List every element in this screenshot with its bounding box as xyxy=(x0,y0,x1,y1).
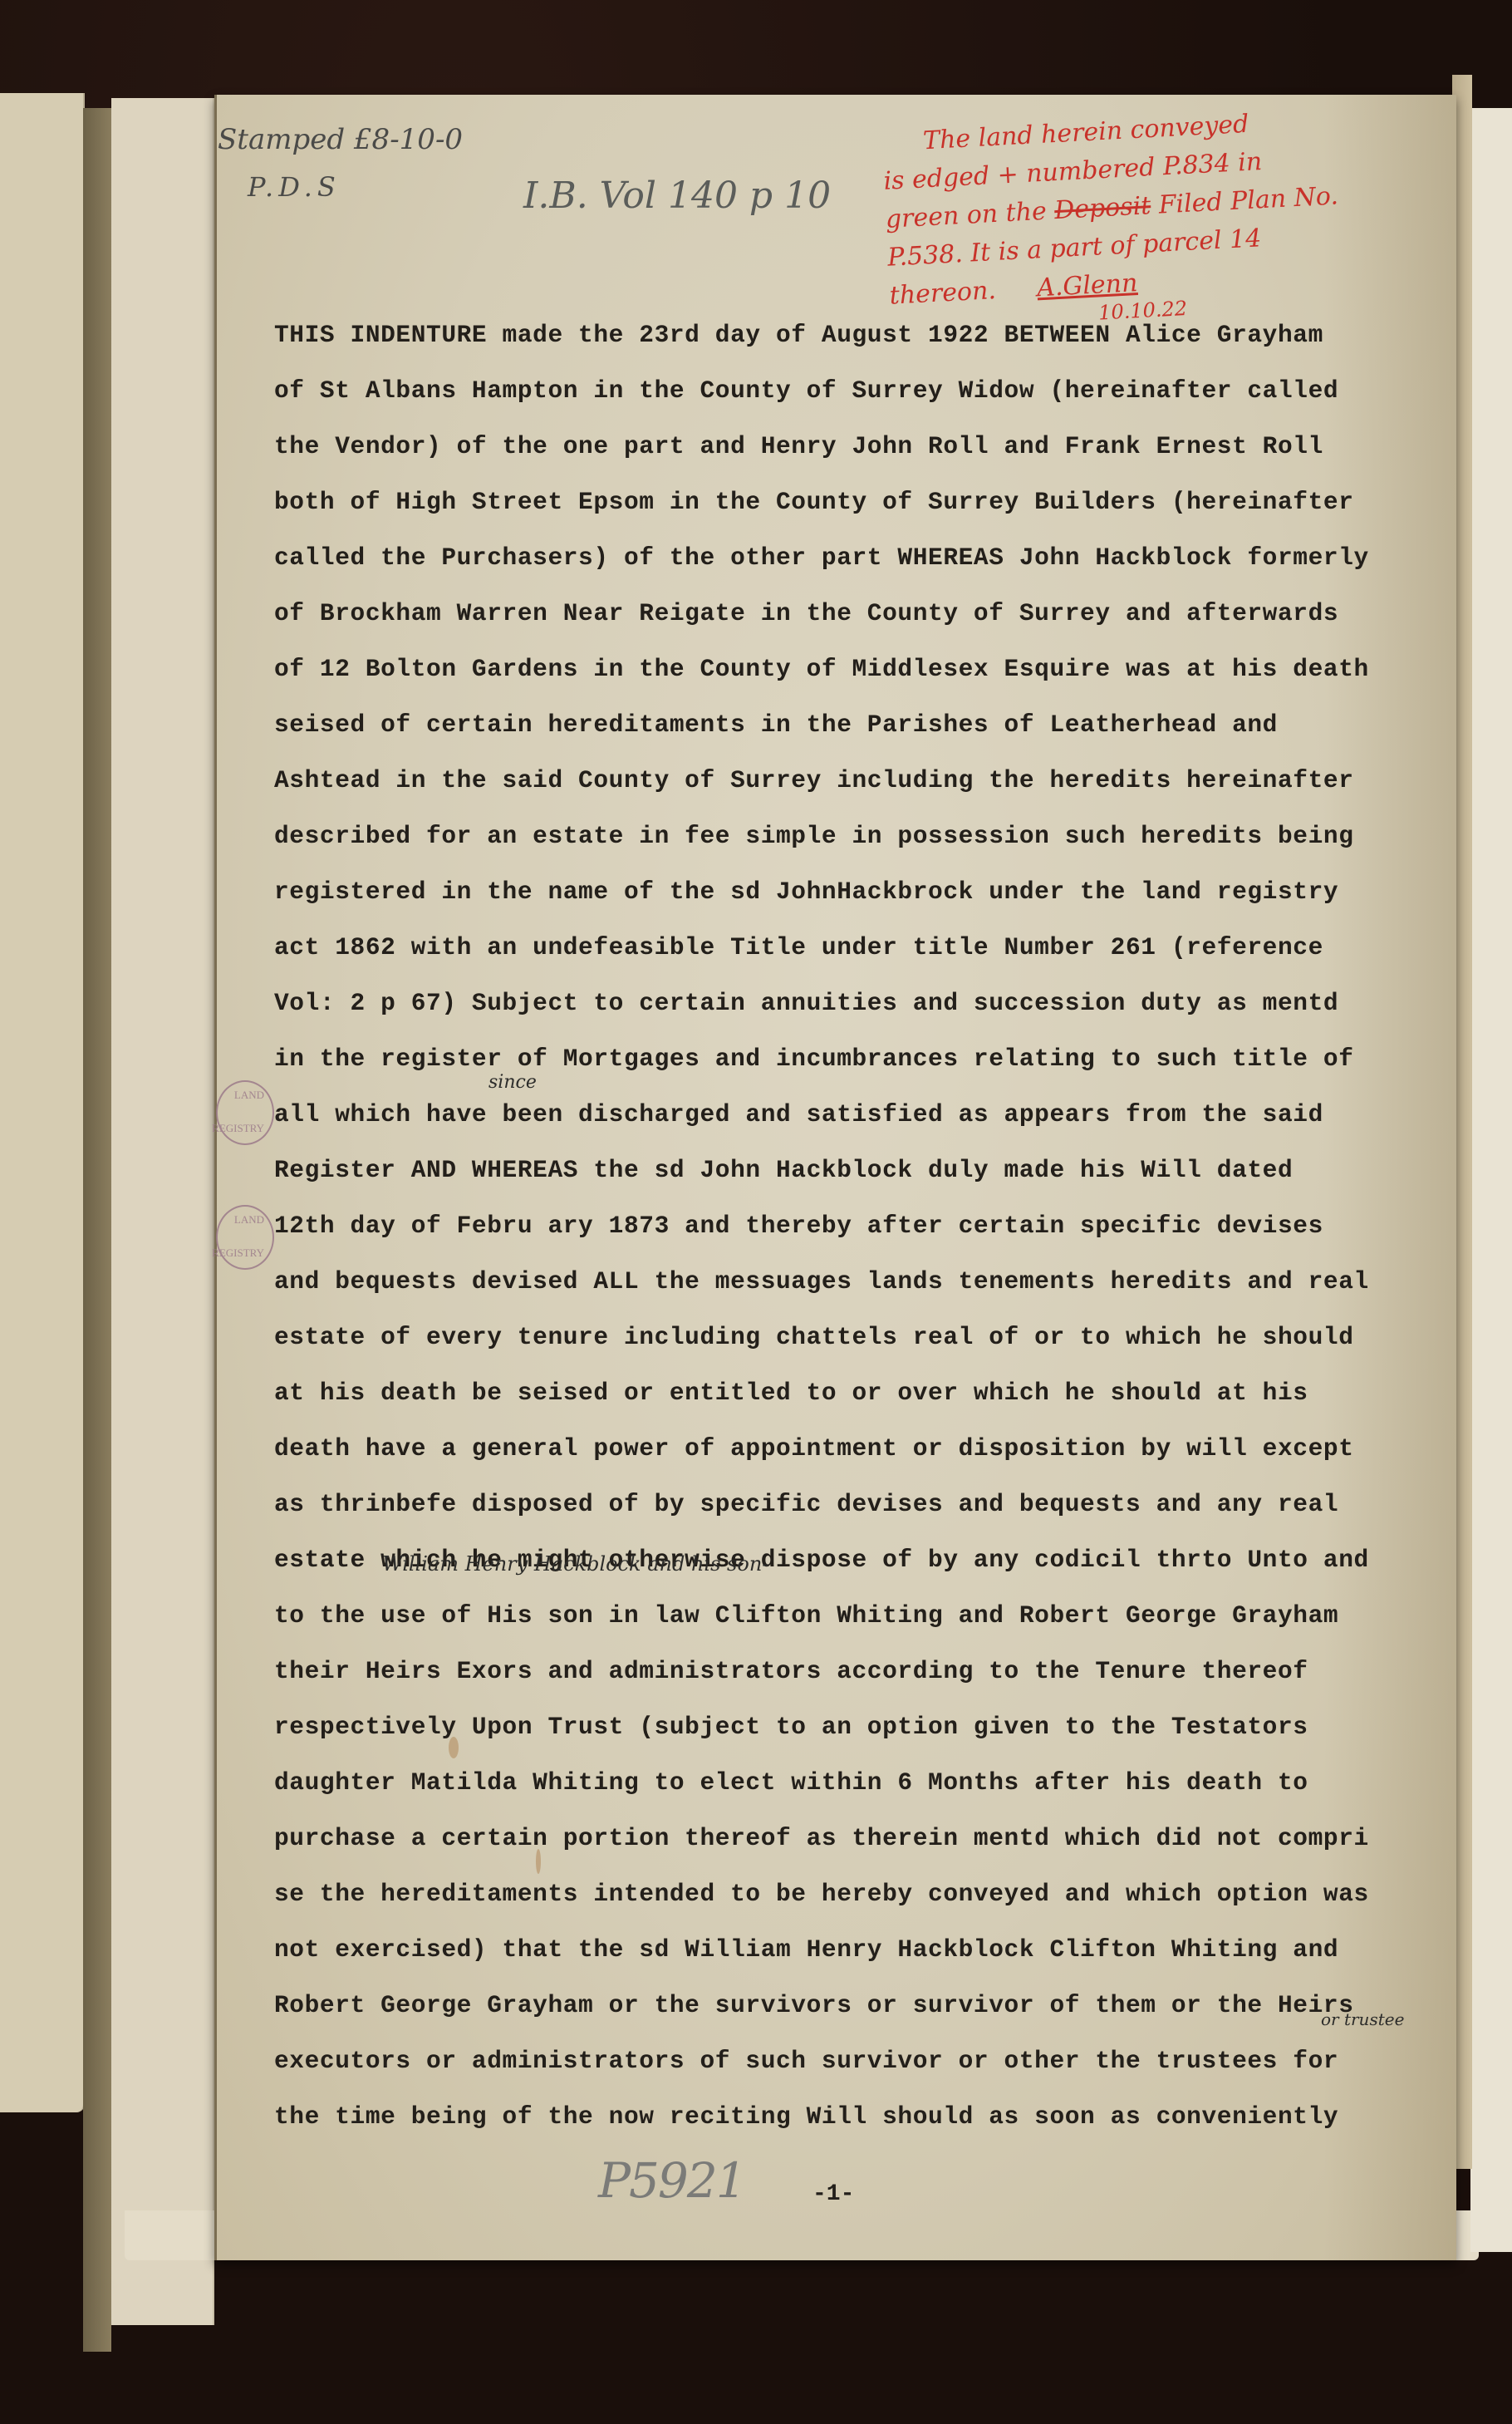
text-line: estate of every tenure including chattel… xyxy=(274,1310,1462,1365)
text-line: purchase a certain portion thereof as th… xyxy=(274,1811,1462,1866)
register-reference: I.B. Vol 140 p 10 xyxy=(523,175,831,217)
insertion-william-henry: William Henry Hackblock and his son- xyxy=(382,1552,768,1576)
paper-stain xyxy=(536,1849,541,1874)
previous-leaf xyxy=(0,93,85,2112)
insertion-since: since xyxy=(488,1072,537,1093)
pencil-reference-number: P5921 xyxy=(598,2152,745,2209)
paper-stain xyxy=(449,1737,459,1758)
text-line: and bequests devised ALL the messuages l… xyxy=(274,1254,1462,1310)
land-registry-stamp: LAND REGISTRY xyxy=(216,1205,274,1270)
struck-word: Deposit xyxy=(1053,191,1151,225)
binding-stub xyxy=(111,98,214,2325)
text-line: at his death be seised or entitled to or… xyxy=(274,1365,1462,1421)
text-line: seised of certain hereditaments in the P… xyxy=(274,697,1462,753)
text-line: act 1862 with an undefeasible Title unde… xyxy=(274,920,1462,976)
text-line: Vol: 2 p 67) Subject to certain annuitie… xyxy=(274,976,1462,1031)
text-line: THIS INDENTURE made the 23rd day of Augu… xyxy=(274,307,1462,363)
text-line: all which have been discharged and satis… xyxy=(274,1087,1462,1143)
text-line: Ashtead in the said County of Surrey inc… xyxy=(274,753,1462,809)
text-line: of 12 Bolton Gardens in the County of Mi… xyxy=(274,642,1462,697)
text-line: to the use of His son in law Clifton Whi… xyxy=(274,1588,1462,1644)
insertion-or-trustee: or trustee xyxy=(1321,2009,1404,2029)
registry-note: The land herein conveyed is edged + numb… xyxy=(881,101,1344,332)
text-line: of St Albans Hampton in the County of Su… xyxy=(274,363,1462,419)
text-line: called the Purchasers) of the other part… xyxy=(274,530,1462,586)
stamp-duty-note: Stamped £8-10-0 xyxy=(218,123,463,156)
text-line: their Heirs Exors and administrators acc… xyxy=(274,1644,1462,1699)
registrar-signature: A.Glenn xyxy=(1036,268,1138,302)
text-line: daughter Matilda Whiting to elect within… xyxy=(274,1755,1462,1811)
page-number: -1- xyxy=(812,2181,854,2207)
land-registry-stamp: LAND REGISTRY xyxy=(216,1080,274,1145)
text-line: se the hereditaments intended to be here… xyxy=(274,1866,1462,1922)
text-line: death have a general power of appointmen… xyxy=(274,1421,1462,1477)
text-line: of Brockham Warren Near Reigate in the C… xyxy=(274,586,1462,642)
binding-gutter xyxy=(83,108,111,2352)
text-line: the Vendor) of the one part and Henry Jo… xyxy=(274,419,1462,474)
text-line: registered in the name of the sd JohnHac… xyxy=(274,864,1462,920)
text-line: Register AND WHEREAS the sd John Hackblo… xyxy=(274,1143,1462,1198)
indenture-body: THIS INDENTURE made the 23rd day of Augu… xyxy=(274,307,1462,2145)
text-line: 12th day of Febru ary 1873 and thereby a… xyxy=(274,1198,1462,1254)
text-line: not exercised) that the sd William Henry… xyxy=(274,1922,1462,1978)
next-leaf-edge xyxy=(1470,108,1512,2252)
text-line: described for an estate in fee simple in… xyxy=(274,809,1462,864)
text-line: as thrinbefe disposed of by specific dev… xyxy=(274,1477,1462,1532)
text-line: Robert George Grayham or the survivors o… xyxy=(274,1978,1462,2033)
text-line: both of High Street Epsom in the County … xyxy=(274,474,1462,530)
text-line: the time being of the now reciting Will … xyxy=(274,2089,1462,2145)
pds-note: P.D.S xyxy=(248,171,341,203)
text-line: in the register of Mortgages and incumbr… xyxy=(274,1031,1462,1087)
text-line: executors or administrators of such surv… xyxy=(274,2033,1462,2089)
